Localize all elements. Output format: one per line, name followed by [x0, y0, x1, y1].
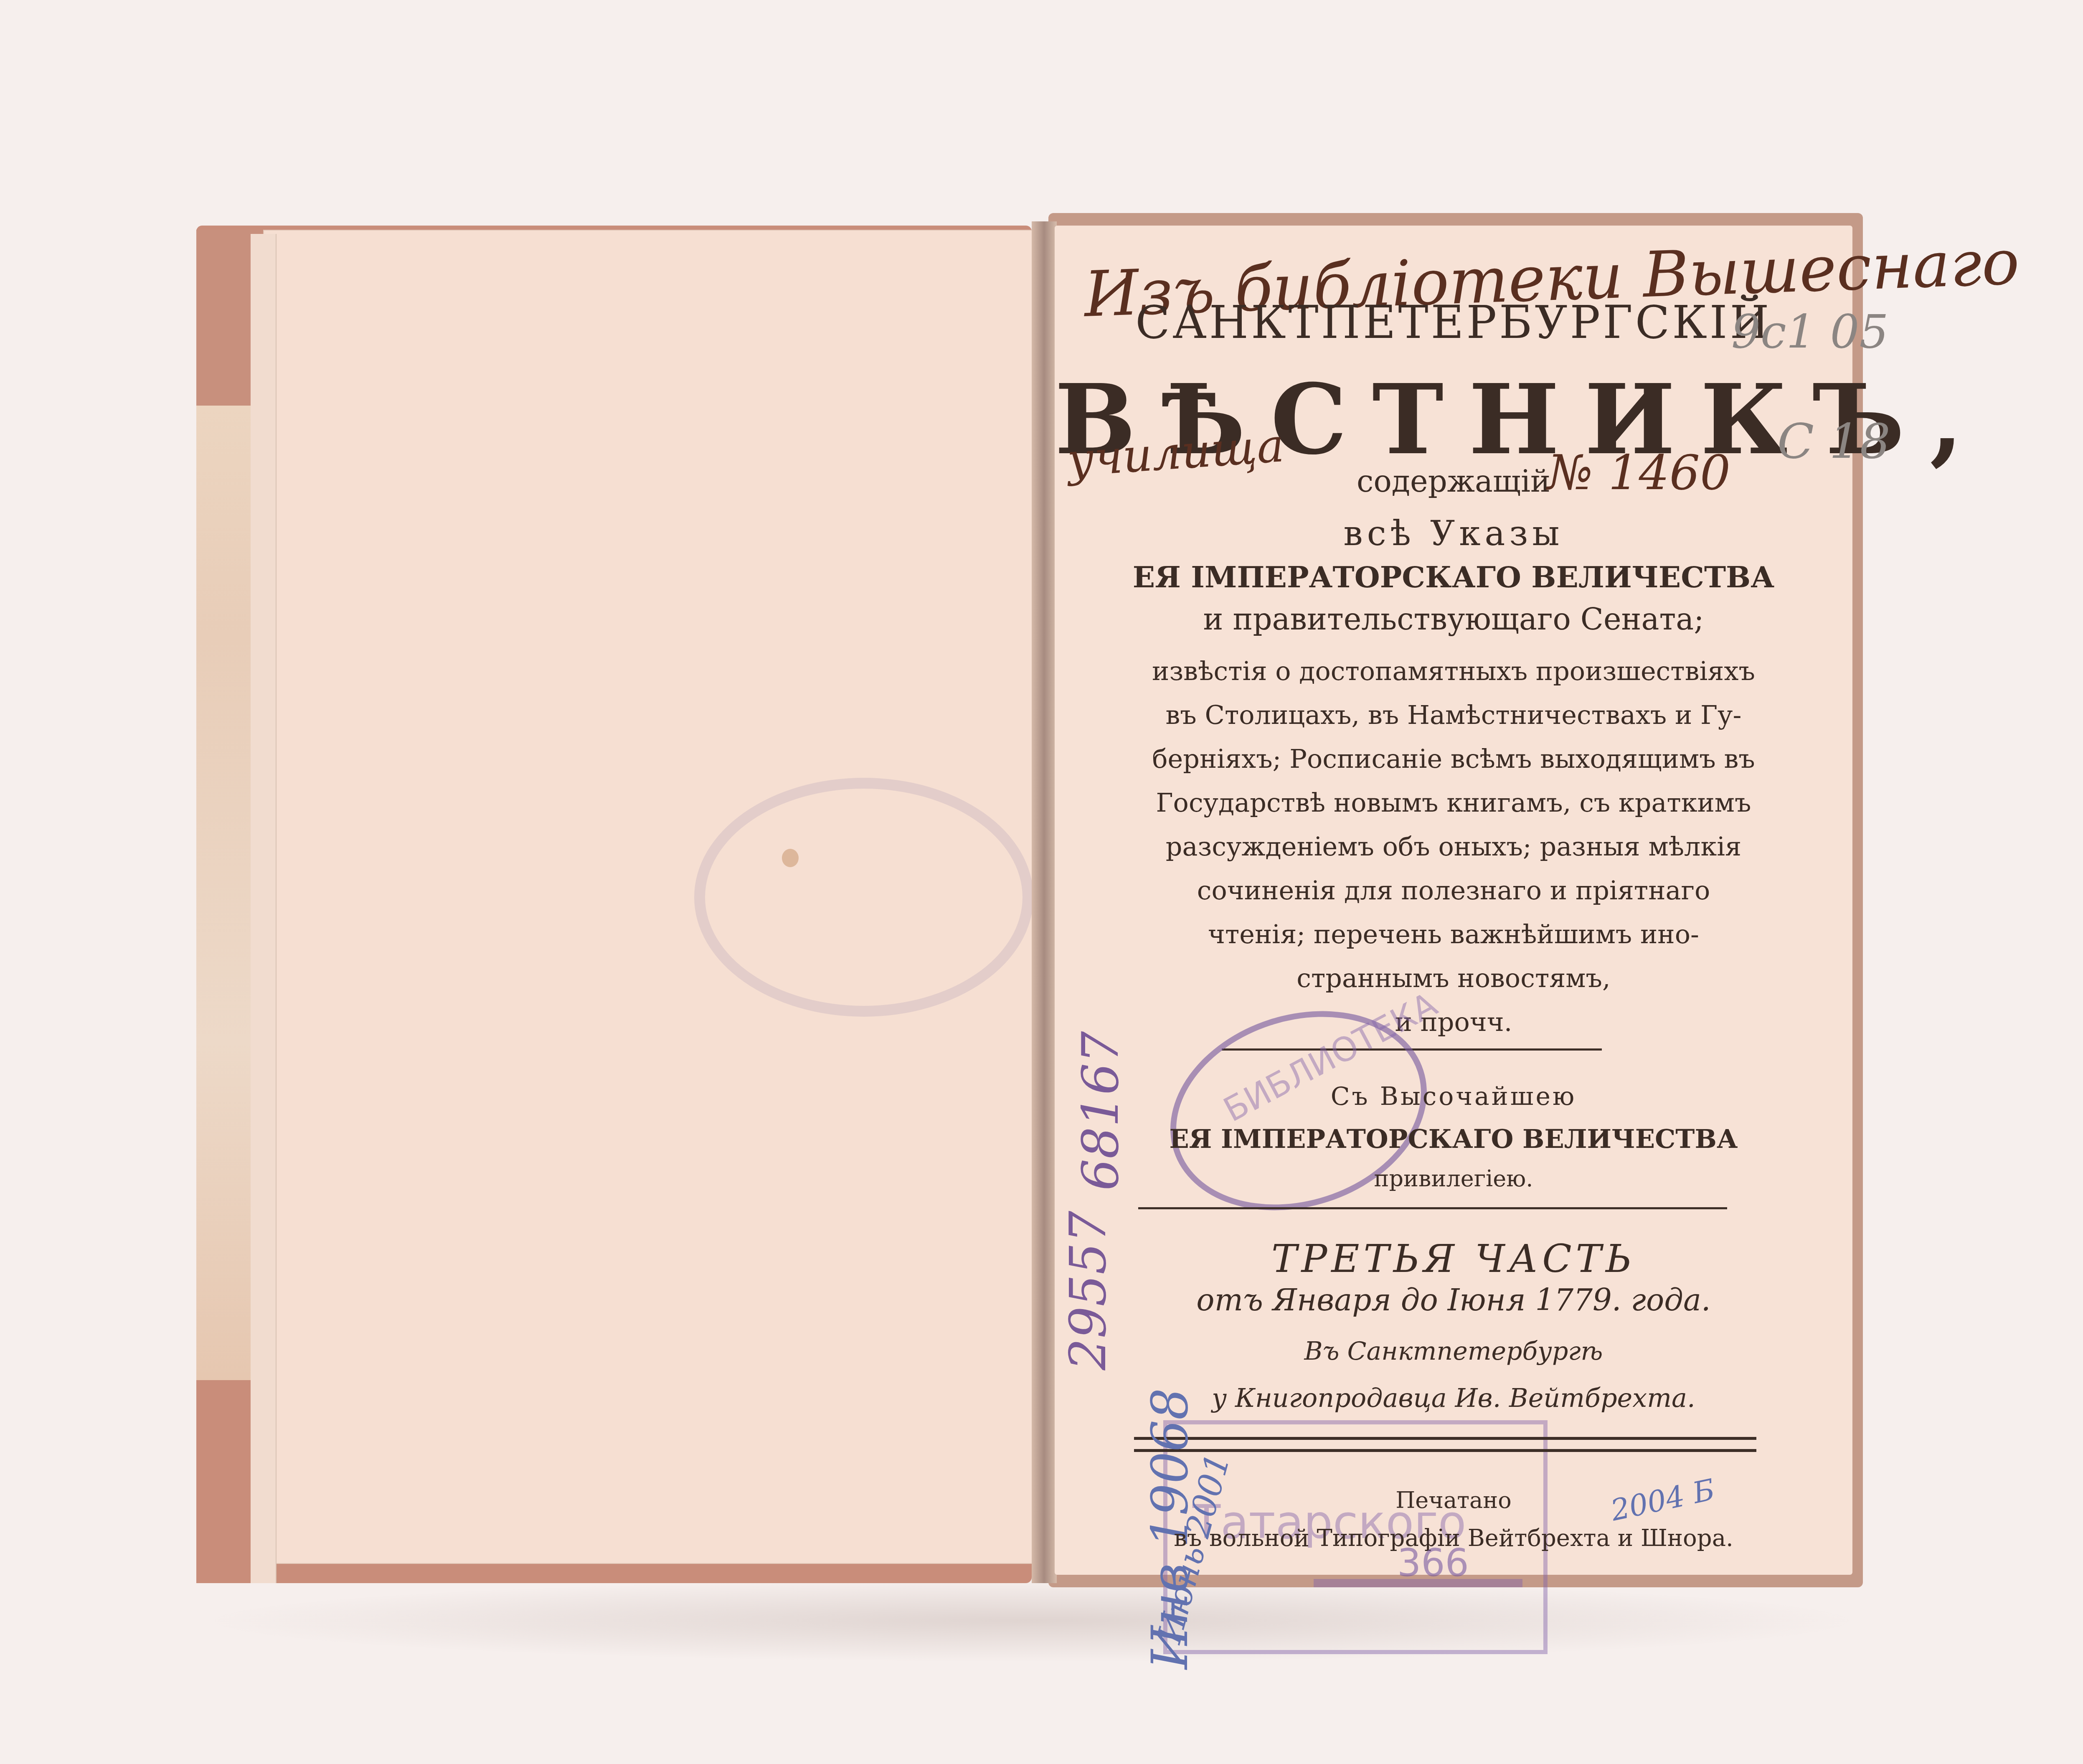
description-line: и прочч.: [1055, 1007, 1852, 1037]
open-book: Изъ библіотеки Вышеснаго САНКТПЕТЕРБУРГС…: [196, 213, 1863, 1591]
description-line: Государствѣ новымъ книгамъ, съ краткимъ: [1055, 787, 1852, 818]
line-majesty: ЕЯ ІМПЕРАТОРСКАГО ВЕЛИЧЕСТВА: [1055, 560, 1852, 594]
double-divider-rule: [1134, 1437, 1756, 1452]
date-range: отъ Января до Іюня 1779. года.: [1055, 1282, 1852, 1317]
gutter: [1032, 221, 1057, 1583]
printed-label: Печатано: [1055, 1487, 1852, 1513]
show-through-stamp: [694, 778, 1033, 1017]
privilege-line: привилегіею.: [1055, 1165, 1852, 1192]
description-line: сочиненія для полезнаго и пріятнаго: [1055, 875, 1852, 906]
description-line: извѣстія о достопамятныхъ произшествіяхъ: [1055, 656, 1852, 686]
book-shadow: [196, 1579, 1867, 1662]
foxing-stain: [782, 849, 799, 867]
description-line: разсужденіемъ объ оныхъ; разныя мѣлкія: [1055, 831, 1852, 862]
line-senate: и правительствующаго Сената;: [1055, 602, 1852, 637]
line-containing: содержащій: [1055, 464, 1852, 499]
pencil-shelfmark-1: 9с1 05: [1731, 305, 1889, 358]
part-heading: ТРЕТЬЯ ЧАСТЬ: [1055, 1236, 1852, 1281]
pencil-shelfmark-2: С 18: [1777, 414, 1890, 470]
place-line: Въ Санктпетербургѣ: [1055, 1337, 1852, 1366]
description-line: берніяхъ; Росписаніе всѣмъ выходящимъ въ: [1055, 744, 1852, 774]
divider-rule-2: [1138, 1207, 1727, 1209]
description-line: въ Столицахъ, въ Намѣстничествахъ и Гу-: [1055, 700, 1852, 730]
left-flyleaf-page: [263, 230, 1050, 1564]
privilege-line: Съ Высочайшею: [1055, 1082, 1852, 1111]
line-all-decrees: всѣ Указы: [1055, 514, 1852, 553]
description-line: страннымъ новостямъ,: [1055, 963, 1852, 993]
flyleaf-edge: [251, 234, 277, 1583]
title-page: Изъ библіотеки Вышеснаго САНКТПЕТЕРБУРГС…: [1055, 226, 1852, 1575]
bottom-pencil-note: 2004 Б: [1608, 1472, 1718, 1528]
violet-inventory-1: 68167: [1072, 1031, 1130, 1191]
box-stamp-2-number: 366: [1397, 1541, 1469, 1585]
privilege-line: ЕЯ ІМПЕРАТОРСКАГО ВЕЛИЧЕСТВА: [1055, 1124, 1852, 1154]
description-line: чтенія; перечень важнѣйшимъ ино-: [1055, 919, 1852, 949]
handwritten-number: № 1460: [1548, 445, 1730, 501]
